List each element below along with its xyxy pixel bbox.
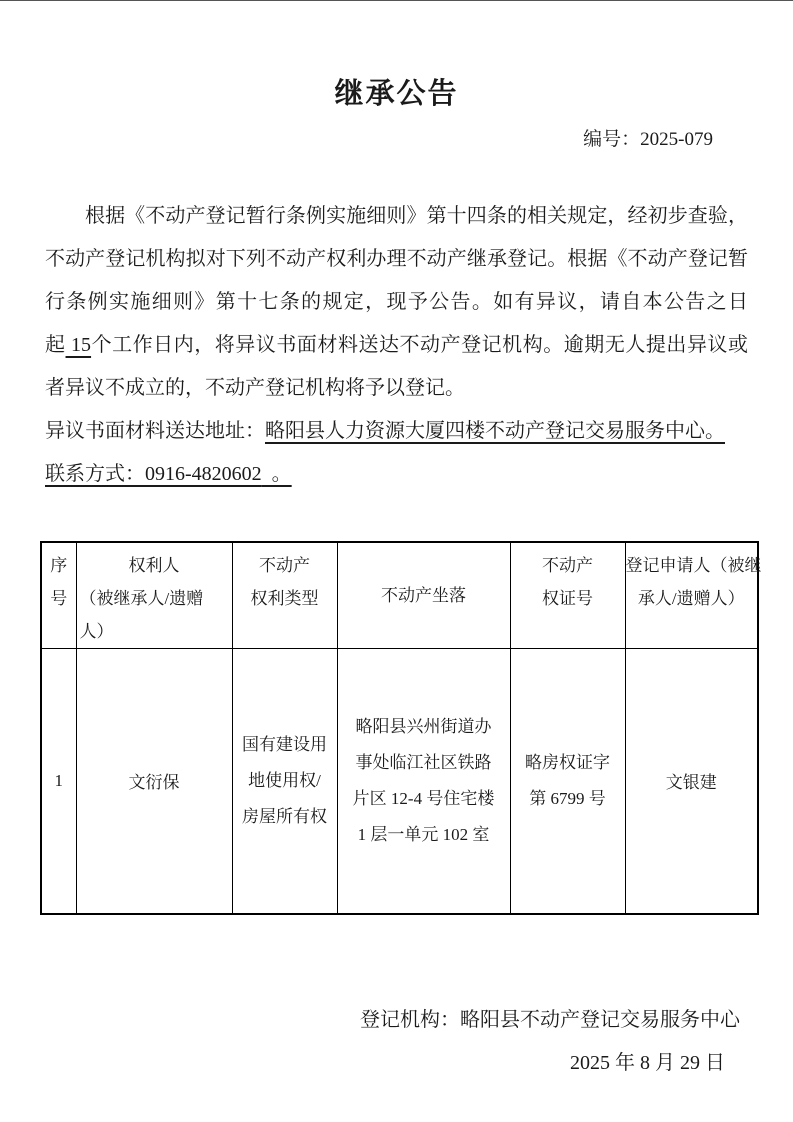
agency-name: 略阳县不动产登记交易服务中心 <box>460 1009 740 1031</box>
announcement-date: 2025 年 8 月 29 日 <box>0 1042 793 1085</box>
address-line: 异议书面材料送达地址：略阳县人力资源大厦四楼不动产登记交易服务中心。 <box>45 410 748 453</box>
address-value: 略阳县人力资源大厦四楼不动产登记交易服务中心。 <box>265 420 725 442</box>
contact-label: 联系方式： <box>45 463 145 485</box>
document-number: 编号：2025-079 <box>0 129 793 151</box>
header-line: 登记申请人（被继 <box>626 549 758 582</box>
address-label: 异议书面材料送达地址： <box>45 420 265 442</box>
cell-line: 略房权证字 <box>511 745 625 781</box>
header-line: 人） <box>77 615 232 648</box>
header-line: 权利人 <box>77 549 232 582</box>
cell-line: 房屋所有权 <box>233 799 337 835</box>
cell-line: 1 层一单元 102 室 <box>338 817 510 853</box>
notice-paragraph: 根据《不动产登记暂行条例实施细则》第十四条的相关规定，经初步查验，不动产登记机构… <box>45 195 748 410</box>
contact-line: 联系方式：0916-4820602 。 <box>45 453 748 496</box>
col-header-seq: 序 号 <box>41 542 76 649</box>
cell-seq: 1 <box>41 649 76 914</box>
page-title: 继承公告 <box>0 1 793 113</box>
cell-applicant: 文银建 <box>625 649 758 914</box>
agency-label: 登记机构： <box>360 1009 460 1031</box>
cell-line: 第 6799 号 <box>511 781 625 817</box>
notice-text-after-days: 个工作日内，将异议书面材料送达不动产登记机构。逾期无人提出异议或者异议不成立的，… <box>45 334 748 399</box>
col-header-cert-no: 不动产 权证号 <box>510 542 625 649</box>
header-line: （被继承人/遗赠 <box>77 582 232 615</box>
header-line: 承人/遗赠人） <box>626 582 758 615</box>
cell-line: 国有建设用 <box>233 727 337 763</box>
header-line: 权利类型 <box>233 582 337 615</box>
col-header-applicant: 登记申请人（被继 承人/遗赠人） <box>625 542 758 649</box>
objection-period-days: 15 <box>66 334 92 356</box>
contact-value: 0916-4820602 <box>145 463 262 485</box>
header-line: 不动产 <box>511 549 625 582</box>
cell-line: 地使用权/ <box>233 763 337 799</box>
col-header-right-type: 不动产 权利类型 <box>232 542 337 649</box>
cell-holder: 文衍保 <box>76 649 232 914</box>
cell-line: 略阳县兴州街道办 <box>338 709 510 745</box>
table-data-row: 1 文衍保 国有建设用 地使用权/ 房屋所有权 略阳县兴州街道办 事处临江社区铁… <box>41 649 758 914</box>
cell-line: 片区 12-4 号住宅楼 <box>338 781 510 817</box>
contact-suffix: 。 <box>262 463 292 485</box>
cell-cert-no: 略房权证字 第 6799 号 <box>510 649 625 914</box>
col-header-location: 不动产坐落 <box>337 542 510 649</box>
announcement-table: 序 号 权利人 （被继承人/遗赠 人） 不动产 权利类型 不动产坐落 不动产 权… <box>40 541 759 915</box>
signature-block: 登记机构：略阳县不动产登记交易服务中心 2025 年 8 月 29 日 <box>0 999 793 1085</box>
header-line: 序 <box>42 549 76 582</box>
cell-location: 略阳县兴州街道办 事处临江社区铁路 片区 12-4 号住宅楼 1 层一单元 10… <box>337 649 510 914</box>
table-header-row: 序 号 权利人 （被继承人/遗赠 人） 不动产 权利类型 不动产坐落 不动产 权… <box>41 542 758 649</box>
header-line: 号 <box>42 582 76 615</box>
col-header-holder: 权利人 （被继承人/遗赠 人） <box>76 542 232 649</box>
announcement-body: 根据《不动产登记暂行条例实施细则》第十四条的相关规定，经初步查验，不动产登记机构… <box>45 195 748 496</box>
document-page: 继承公告 编号：2025-079 根据《不动产登记暂行条例实施细则》第十四条的相… <box>0 0 793 1122</box>
registration-agency-line: 登记机构：略阳县不动产登记交易服务中心 <box>0 999 793 1042</box>
header-line: 不动产坐落 <box>338 579 510 612</box>
cell-right-type: 国有建设用 地使用权/ 房屋所有权 <box>232 649 337 914</box>
header-line: 不动产 <box>233 549 337 582</box>
header-line: 权证号 <box>511 582 625 615</box>
cell-line: 事处临江社区铁路 <box>338 745 510 781</box>
